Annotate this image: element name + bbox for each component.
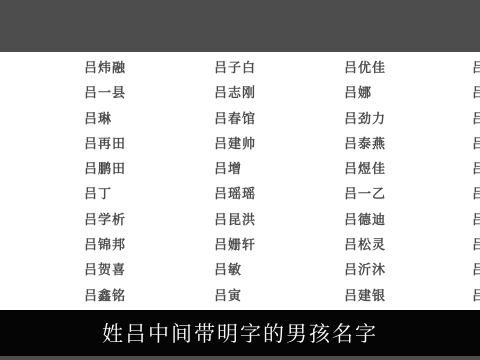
name-item: 吕 [472, 207, 480, 232]
name-item: 吕姗轩 [214, 232, 256, 257]
name-column: 吕优佳吕娜吕劲力吕泰燕吕煜佳吕一乙吕德迪吕松灵吕沂沐吕建银 [344, 55, 386, 308]
name-item: 吕建帅 [214, 131, 256, 156]
name-item: 吕鹏田 [84, 156, 126, 181]
name-item: 吕 [472, 80, 480, 105]
name-item: 吕锦邦 [84, 232, 126, 257]
bottom-letterbox-strip [0, 356, 480, 360]
name-item: 吕松灵 [344, 232, 386, 257]
name-item: 吕再田 [84, 131, 126, 156]
name-item: 吕 [472, 156, 480, 181]
name-item: 吕煜佳 [344, 156, 386, 181]
name-item: 吕 [472, 283, 480, 308]
name-item: 吕一乙 [344, 181, 386, 206]
name-item: 吕劲力 [344, 106, 386, 131]
name-item: 吕建银 [344, 283, 386, 308]
name-item: 吕 [472, 131, 480, 156]
caption-bar: 姓吕中间带明字的男孩名字 [0, 310, 480, 356]
name-item: 吕子白 [214, 55, 256, 80]
name-item: 吕丁 [84, 181, 126, 206]
name-item: 吕敏 [214, 257, 256, 282]
name-item: 吕炜融 [84, 55, 126, 80]
name-item: 吕志刚 [214, 80, 256, 105]
name-item: 吕 [472, 181, 480, 206]
name-column: 吕子白吕志刚吕春馆吕建帅吕增吕瑶瑶吕昆洪吕姗轩吕敏吕寅 [214, 55, 256, 308]
name-item: 吕泰燕 [344, 131, 386, 156]
video-frame: 吕炜融吕一县吕琳吕再田吕鹏田吕丁吕学析吕锦邦吕贺喜吕鑫铭 吕子白吕志刚吕春馆吕建… [0, 0, 480, 360]
name-item: 吕一县 [84, 80, 126, 105]
name-column: 吕炜融吕一县吕琳吕再田吕鹏田吕丁吕学析吕锦邦吕贺喜吕鑫铭 [84, 55, 126, 308]
name-item: 吕琳 [84, 106, 126, 131]
name-item: 吕沂沐 [344, 257, 386, 282]
name-item: 吕增 [214, 156, 256, 181]
name-item: 吕寅 [214, 283, 256, 308]
name-item: 吕 [472, 106, 480, 131]
name-item: 吕瑶瑶 [214, 181, 256, 206]
caption-text: 姓吕中间带明字的男孩名字 [102, 318, 378, 348]
name-item: 吕德迪 [344, 207, 386, 232]
name-item: 吕昆洪 [214, 207, 256, 232]
name-list-area: 吕炜融吕一县吕琳吕再田吕鹏田吕丁吕学析吕锦邦吕贺喜吕鑫铭 吕子白吕志刚吕春馆吕建… [0, 52, 480, 310]
top-letterbox-bar [0, 0, 480, 52]
name-item: 吕春馆 [214, 106, 256, 131]
name-item: 吕学析 [84, 207, 126, 232]
name-item: 吕贺喜 [84, 257, 126, 282]
name-item: 吕 [472, 257, 480, 282]
name-item: 吕鑫铭 [84, 283, 126, 308]
name-column: 吕吕吕吕吕吕吕吕吕吕 [472, 55, 480, 308]
name-item: 吕优佳 [344, 55, 386, 80]
name-item: 吕娜 [344, 80, 386, 105]
name-item: 吕 [472, 55, 480, 80]
name-item: 吕 [472, 232, 480, 257]
